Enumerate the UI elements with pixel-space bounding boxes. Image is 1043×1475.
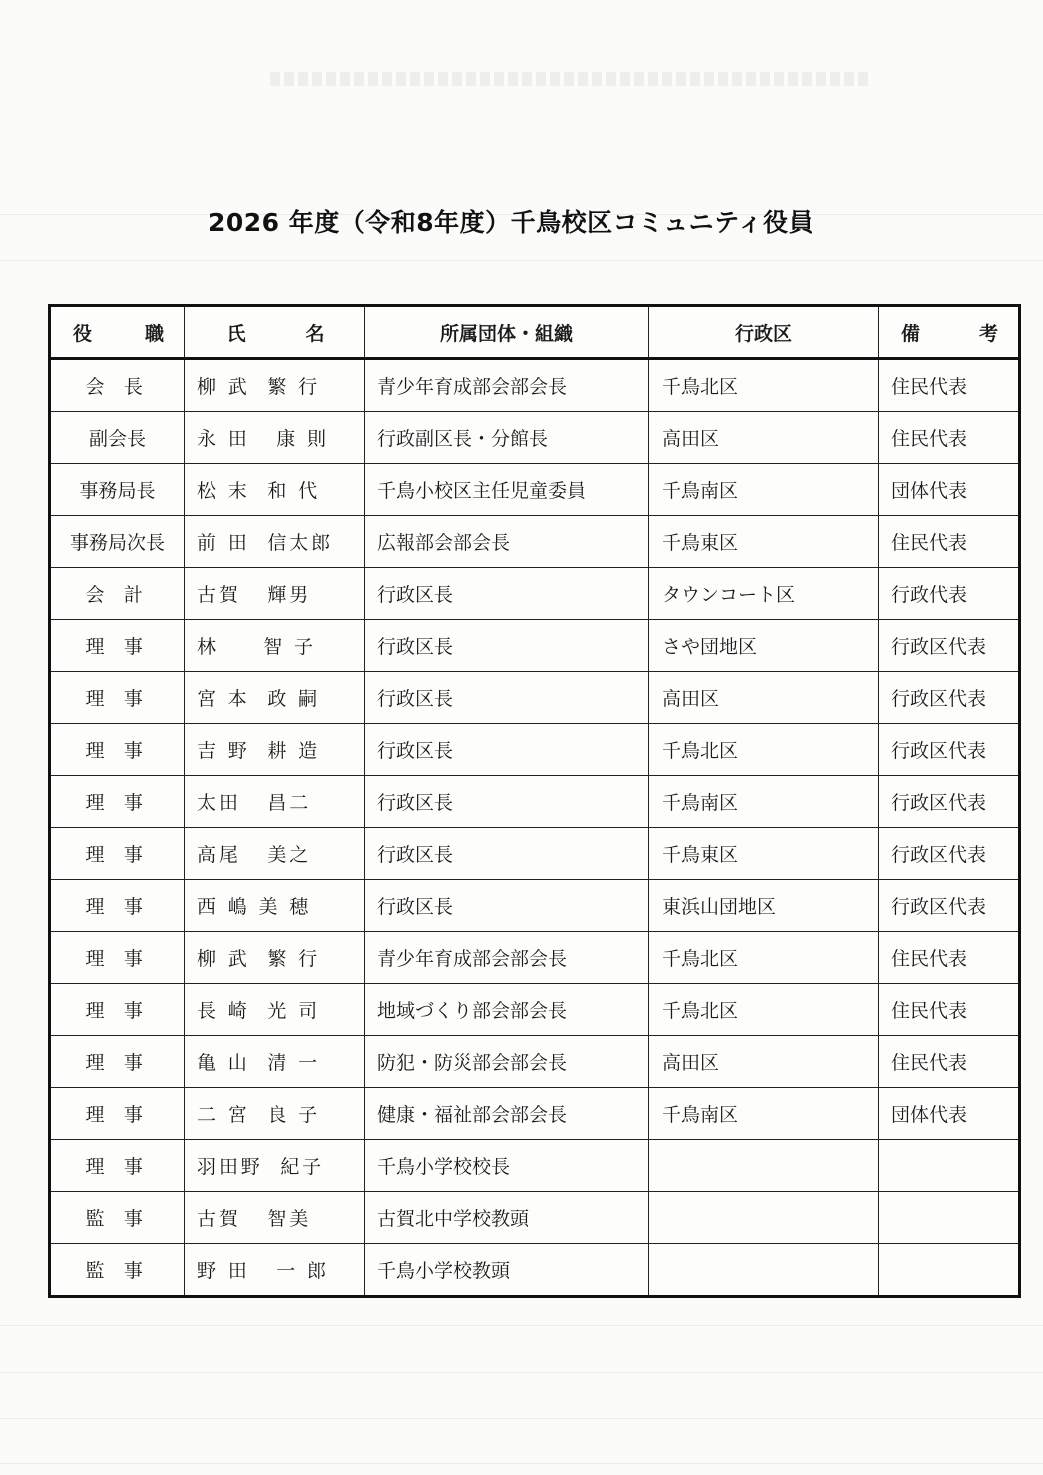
table-row: 理 事羽田野 紀子千鳥小学校校長 <box>50 1140 1020 1192</box>
district-cell: 千鳥東区 <box>649 828 879 880</box>
name-cell: 前 田 信太郎 <box>185 516 365 568</box>
organization-cell: 行政区長 <box>365 724 649 776</box>
role-cell: 理 事 <box>50 828 185 880</box>
name-cell: 古賀 智美 <box>185 1192 365 1244</box>
header-name-char-2: 名 <box>306 319 325 346</box>
organization-cell: 千鳥小学校教頭 <box>365 1244 649 1297</box>
table-row: 理 事高尾 美之行政区長千鳥東区行政区代表 <box>50 828 1020 880</box>
role-cell: 理 事 <box>50 620 185 672</box>
name-cell: 永 田 康 則 <box>185 412 365 464</box>
note-cell: 行政代表 <box>879 568 1020 620</box>
note-cell: 住民代表 <box>879 359 1020 412</box>
organization-cell: 行政副区長・分館長 <box>365 412 649 464</box>
header-district: 行政区 <box>649 306 879 359</box>
note-cell: 行政区代表 <box>879 880 1020 932</box>
role-cell: 会 計 <box>50 568 185 620</box>
district-cell: さや団地区 <box>649 620 879 672</box>
role-cell: 理 事 <box>50 1140 185 1192</box>
name-cell: 太田 昌二 <box>185 776 365 828</box>
district-cell: 千鳥南区 <box>649 1088 879 1140</box>
table-row: 理 事太田 昌二行政区長千鳥南区行政区代表 <box>50 776 1020 828</box>
name-cell: 松 末 和 代 <box>185 464 365 516</box>
officers-table: 役 職 氏 名 所属団体・組織 行政区 備 考 会 長柳 武 繁 行青少年育成部… <box>48 304 1021 1298</box>
name-cell: 林 智 子 <box>185 620 365 672</box>
show-through-line <box>0 1418 1043 1419</box>
organization-cell: 行政区長 <box>365 880 649 932</box>
header-note: 備 考 <box>879 306 1020 359</box>
table-row: 理 事二 宮 良 子健康・福祉部会部会長千鳥南区団体代表 <box>50 1088 1020 1140</box>
organization-cell: 防犯・防災部会部会長 <box>365 1036 649 1088</box>
note-cell: 行政区代表 <box>879 672 1020 724</box>
table-row: 理 事亀 山 清 一防犯・防災部会部会長高田区住民代表 <box>50 1036 1020 1088</box>
district-cell: 千鳥南区 <box>649 776 879 828</box>
header-organization: 所属団体・組織 <box>365 306 649 359</box>
show-through-line <box>0 1372 1043 1373</box>
table-row: 事務局長松 末 和 代千鳥小校区主任児童委員千鳥南区団体代表 <box>50 464 1020 516</box>
table-row: 事務局次長前 田 信太郎広報部会部会長千鳥東区住民代表 <box>50 516 1020 568</box>
role-cell: 事務局次長 <box>50 516 185 568</box>
name-cell: 宮 本 政 嗣 <box>185 672 365 724</box>
show-through-line <box>0 1463 1043 1464</box>
show-through-line <box>0 260 1043 261</box>
header-note-char-1: 備 <box>901 319 920 346</box>
table-body: 会 長柳 武 繁 行青少年育成部会部会長千鳥北区住民代表副会長永 田 康 則行政… <box>50 359 1020 1297</box>
name-cell: 西 嶋 美 穂 <box>185 880 365 932</box>
role-cell: 会 長 <box>50 359 185 412</box>
organization-cell: 古賀北中学校教頭 <box>365 1192 649 1244</box>
role-cell: 理 事 <box>50 880 185 932</box>
table-row: 監 事古賀 智美古賀北中学校教頭 <box>50 1192 1020 1244</box>
district-cell: 千鳥南区 <box>649 464 879 516</box>
role-cell: 監 事 <box>50 1192 185 1244</box>
role-cell: 理 事 <box>50 776 185 828</box>
table-row: 会 計古賀 輝男行政区長タウンコート区行政代表 <box>50 568 1020 620</box>
district-cell: 千鳥北区 <box>649 932 879 984</box>
note-cell <box>879 1192 1020 1244</box>
name-cell: 羽田野 紀子 <box>185 1140 365 1192</box>
table-row: 副会長永 田 康 則行政副区長・分館長高田区住民代表 <box>50 412 1020 464</box>
name-cell: 高尾 美之 <box>185 828 365 880</box>
header-name: 氏 名 <box>185 306 365 359</box>
note-cell: 行政区代表 <box>879 776 1020 828</box>
organization-cell: 行政区長 <box>365 568 649 620</box>
organization-cell: 行政区長 <box>365 620 649 672</box>
note-cell: 住民代表 <box>879 412 1020 464</box>
role-cell: 理 事 <box>50 1088 185 1140</box>
table-row: 会 長柳 武 繁 行青少年育成部会部会長千鳥北区住民代表 <box>50 359 1020 412</box>
table-row: 理 事林 智 子行政区長さや団地区行政区代表 <box>50 620 1020 672</box>
note-cell <box>879 1244 1020 1297</box>
district-cell: タウンコート区 <box>649 568 879 620</box>
organization-cell: 健康・福祉部会部会長 <box>365 1088 649 1140</box>
note-cell: 住民代表 <box>879 516 1020 568</box>
role-cell: 監 事 <box>50 1244 185 1297</box>
organization-cell: 行政区長 <box>365 672 649 724</box>
role-cell: 事務局長 <box>50 464 185 516</box>
header-role-char-2: 職 <box>145 319 164 346</box>
name-cell: 亀 山 清 一 <box>185 1036 365 1088</box>
role-cell: 理 事 <box>50 984 185 1036</box>
organization-cell: 青少年育成部会部会長 <box>365 932 649 984</box>
header-role-char-1: 役 <box>73 319 92 346</box>
table-row: 理 事宮 本 政 嗣行政区長高田区行政区代表 <box>50 672 1020 724</box>
note-cell: 住民代表 <box>879 1036 1020 1088</box>
role-cell: 副会長 <box>50 412 185 464</box>
note-cell: 団体代表 <box>879 1088 1020 1140</box>
district-cell: 千鳥北区 <box>649 359 879 412</box>
document-title: 2026 年度（令和8年度）千鳥校区コミュニティ役員 <box>208 203 814 239</box>
role-cell: 理 事 <box>50 1036 185 1088</box>
organization-cell: 広報部会部会長 <box>365 516 649 568</box>
show-through-line <box>0 1325 1043 1326</box>
organization-cell: 行政区長 <box>365 828 649 880</box>
name-cell: 柳 武 繁 行 <box>185 932 365 984</box>
district-cell: 高田区 <box>649 412 879 464</box>
organization-cell: 千鳥小学校校長 <box>365 1140 649 1192</box>
district-cell: 東浜山団地区 <box>649 880 879 932</box>
table-row: 監 事野 田 一 郎千鳥小学校教頭 <box>50 1244 1020 1297</box>
organization-cell: 行政区長 <box>365 776 649 828</box>
district-cell: 高田区 <box>649 1036 879 1088</box>
note-cell <box>879 1140 1020 1192</box>
name-cell: 野 田 一 郎 <box>185 1244 365 1297</box>
note-cell: 団体代表 <box>879 464 1020 516</box>
organization-cell: 千鳥小校区主任児童委員 <box>365 464 649 516</box>
district-cell: 千鳥東区 <box>649 516 879 568</box>
note-cell: 行政区代表 <box>879 724 1020 776</box>
header-role: 役 職 <box>50 306 185 359</box>
header-note-char-2: 考 <box>979 319 998 346</box>
organization-cell: 地域づくり部会部会長 <box>365 984 649 1036</box>
table-row: 理 事柳 武 繁 行青少年育成部会部会長千鳥北区住民代表 <box>50 932 1020 984</box>
table-row: 理 事西 嶋 美 穂行政区長東浜山団地区行政区代表 <box>50 880 1020 932</box>
district-cell <box>649 1140 879 1192</box>
district-cell: 千鳥北区 <box>649 984 879 1036</box>
role-cell: 理 事 <box>50 672 185 724</box>
organization-cell: 青少年育成部会部会長 <box>365 359 649 412</box>
table-row: 理 事吉 野 耕 造行政区長千鳥北区行政区代表 <box>50 724 1020 776</box>
name-cell: 古賀 輝男 <box>185 568 365 620</box>
note-cell: 住民代表 <box>879 984 1020 1036</box>
name-cell: 吉 野 耕 造 <box>185 724 365 776</box>
header-name-char-1: 氏 <box>226 319 245 346</box>
role-cell: 理 事 <box>50 932 185 984</box>
show-through-text <box>270 72 870 86</box>
role-cell: 理 事 <box>50 724 185 776</box>
district-cell: 高田区 <box>649 672 879 724</box>
district-cell <box>649 1244 879 1297</box>
table-row: 理 事長 崎 光 司地域づくり部会部会長千鳥北区住民代表 <box>50 984 1020 1036</box>
name-cell: 長 崎 光 司 <box>185 984 365 1036</box>
district-cell <box>649 1192 879 1244</box>
name-cell: 二 宮 良 子 <box>185 1088 365 1140</box>
table-header-row: 役 職 氏 名 所属団体・組織 行政区 備 考 <box>50 306 1020 359</box>
note-cell: 行政区代表 <box>879 620 1020 672</box>
note-cell: 行政区代表 <box>879 828 1020 880</box>
district-cell: 千鳥北区 <box>649 724 879 776</box>
name-cell: 柳 武 繁 行 <box>185 359 365 412</box>
note-cell: 住民代表 <box>879 932 1020 984</box>
